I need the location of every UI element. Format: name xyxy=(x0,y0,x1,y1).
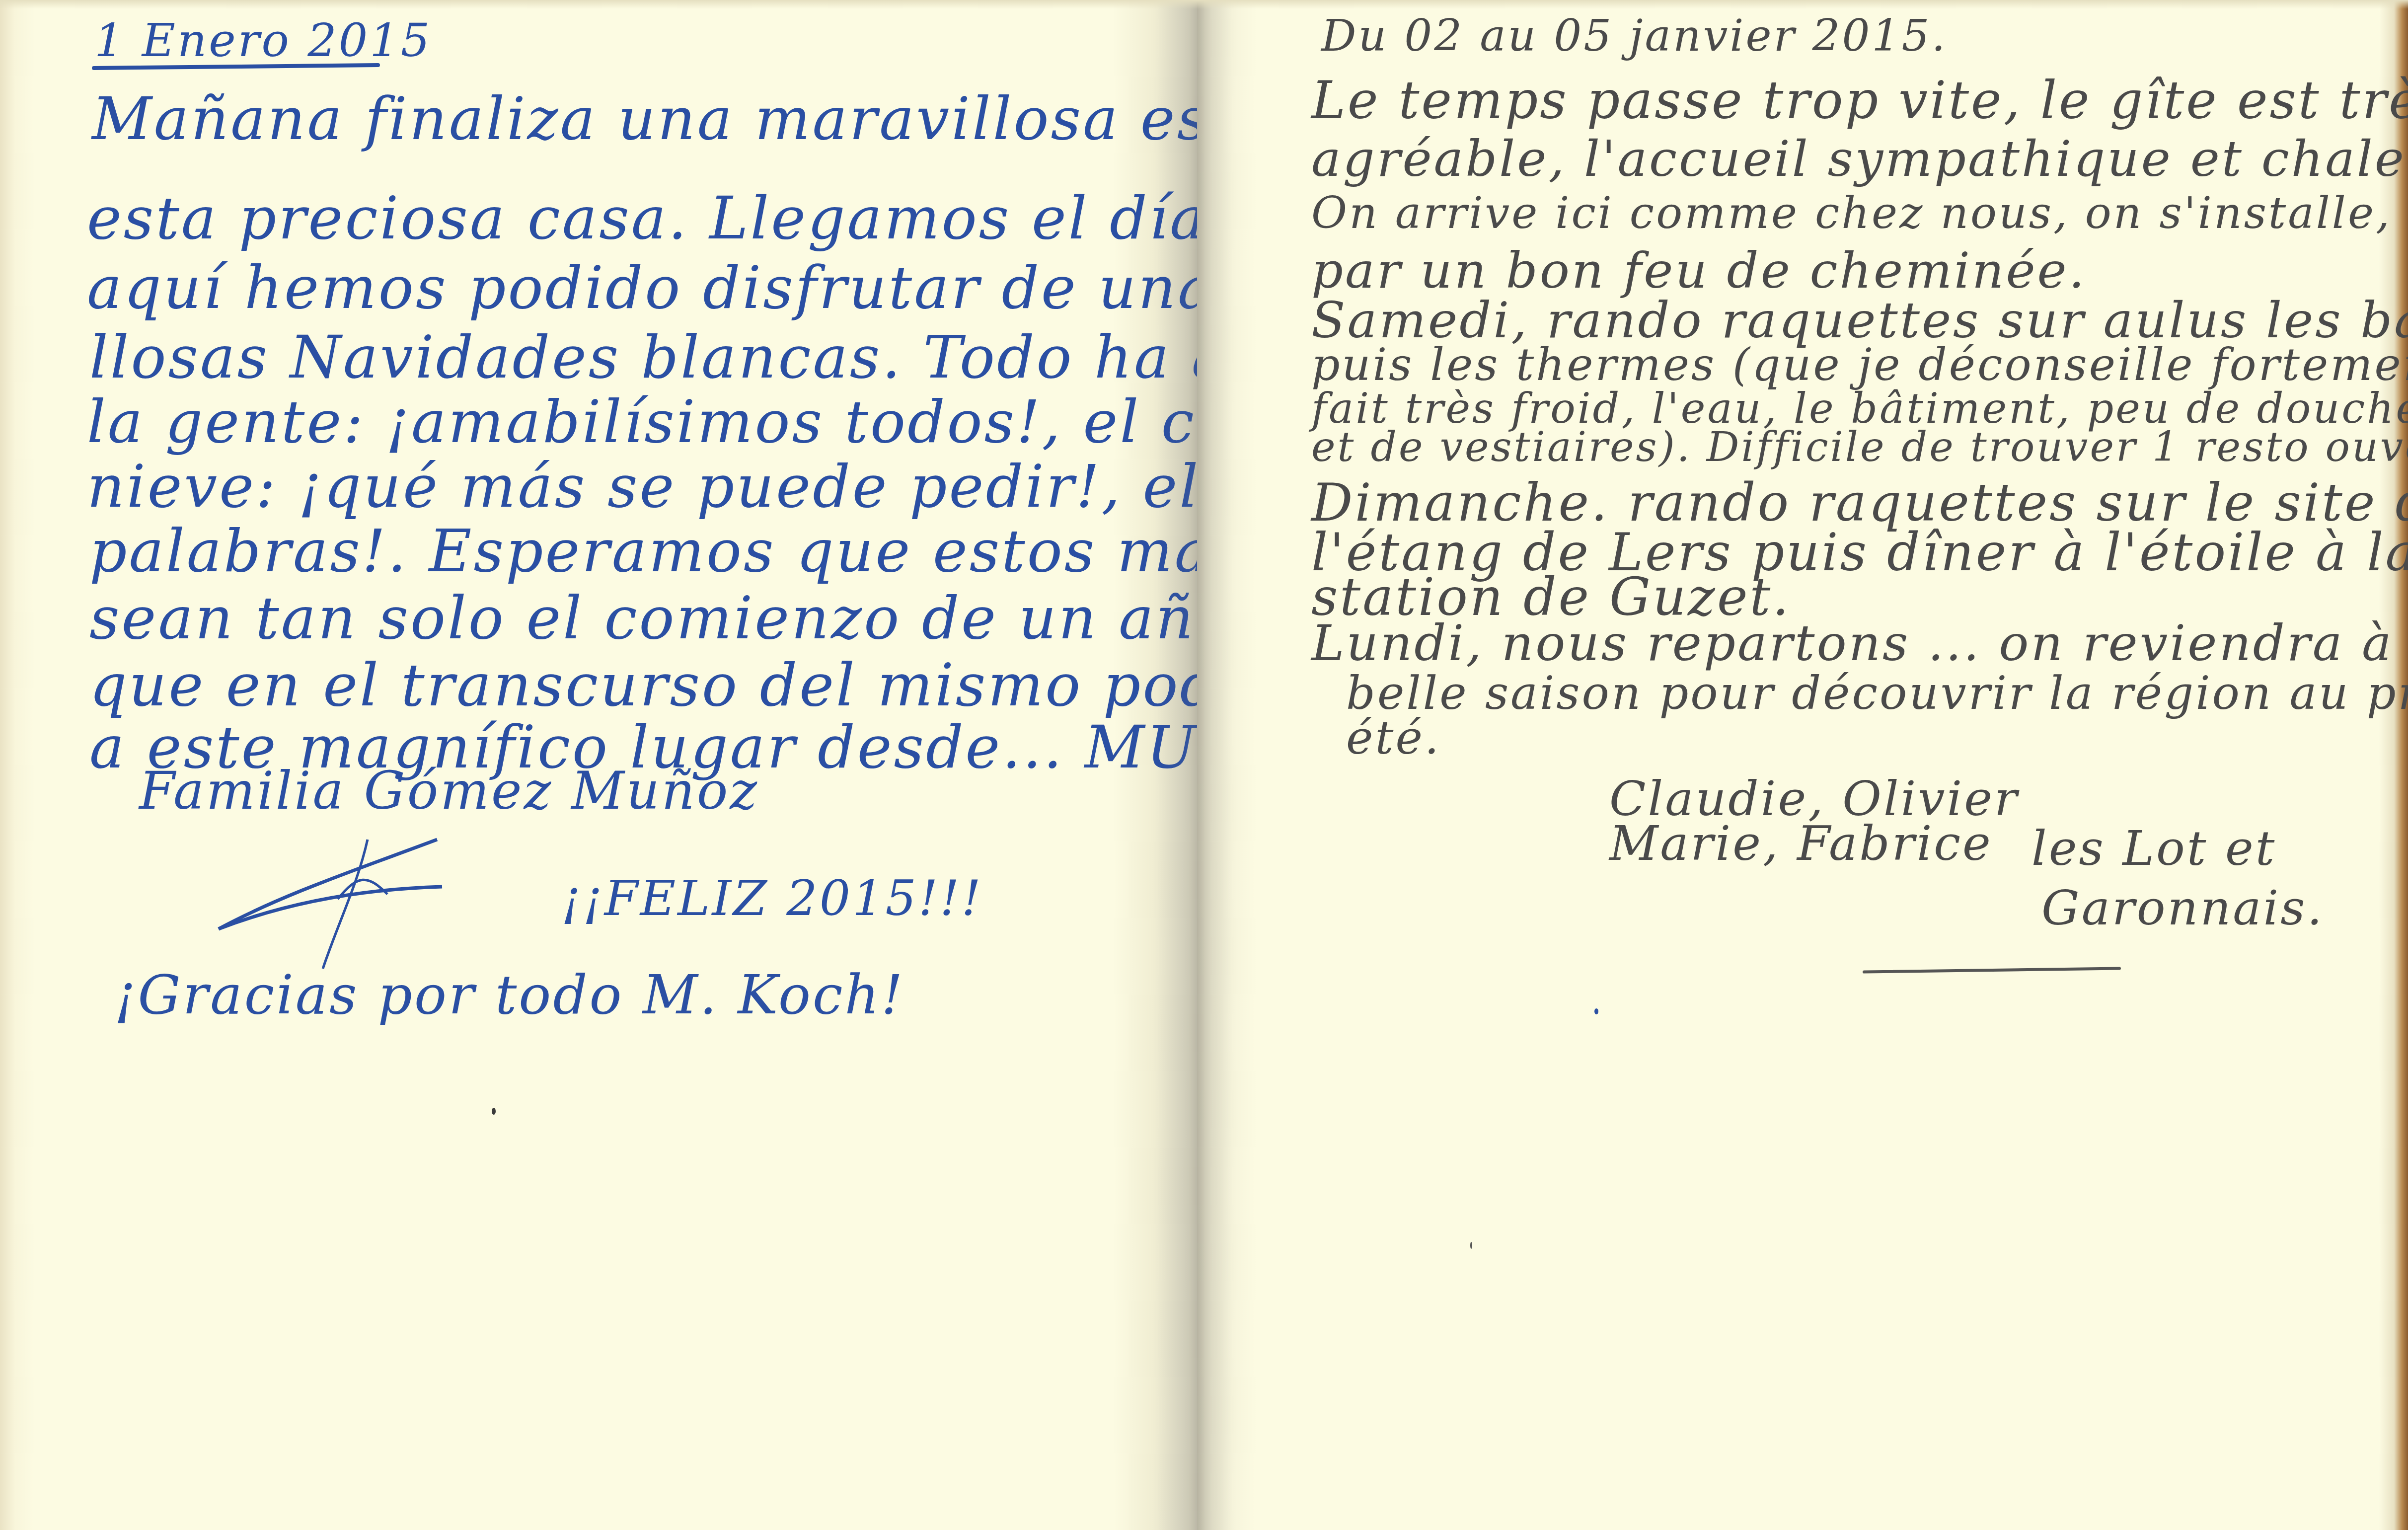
left-page-date: 1 Enero 2015 xyxy=(94,14,432,67)
closing-underline xyxy=(1863,967,2121,973)
right-line-8: et de vestiaires). Difficile de trouver … xyxy=(1311,427,2408,468)
guestbook-spread: 1 Enero 2015 Mañana finaliza una maravil… xyxy=(0,0,2408,1530)
ink-speck-2 xyxy=(1470,1242,1472,1249)
right-line-7: fait très froid, l'eau, le bâtiment, peu… xyxy=(1311,387,2408,429)
right-line-5: Samedi, rando raquettes sur aulus les ba… xyxy=(1311,296,2408,345)
right-line-9: Dimanche. rando raquettes sur le site de xyxy=(1311,477,2408,529)
new-year-greeting: ¡¡FELIZ 2015!!! xyxy=(561,874,983,923)
right-line-14: été. xyxy=(1346,715,1441,761)
blue-ink-speck xyxy=(1594,1008,1598,1014)
right-line-6: puis les thermes (que je déconseille for… xyxy=(1311,343,2408,387)
right-page: Du 02 au 05 janvier 2015. Le temps passe… xyxy=(1197,0,2408,1530)
signature-origin-1: les Lot et xyxy=(2032,825,2276,872)
right-page-date: Du 02 au 05 janvier 2015. xyxy=(1321,10,1948,61)
signature-origin-2: Garonnais. xyxy=(2041,884,2324,932)
signature-names-2: Marie, Fabrice xyxy=(1609,820,1993,867)
right-line-1: Le temps passe trop vite, le gîte est tr… xyxy=(1311,75,2408,126)
right-line-2: agréable, l'accueil sympathique et chale… xyxy=(1311,134,2408,184)
right-line-13: belle saison pour découvrir la région au… xyxy=(1346,671,2408,716)
left-page: 1 Enero 2015 Mañana finaliza una maravil… xyxy=(0,0,1197,1530)
ink-speck xyxy=(492,1108,496,1115)
right-line-4: par un bon feu de cheminée. xyxy=(1311,246,2087,296)
signature-scrawl-icon xyxy=(209,835,556,974)
right-line-12: Lundi, nous repartons ... on reviendra à… xyxy=(1311,618,2408,668)
right-line-3: On arrive ici comme chez nous, on s'inst… xyxy=(1311,191,2408,235)
book-gutter xyxy=(1157,0,1237,1530)
family-signature: Familia Gómez Muñoz xyxy=(139,765,759,817)
thanks-line: ¡Gracias por todo M. Koch! xyxy=(114,969,904,1022)
page-top-edge xyxy=(0,0,2408,9)
